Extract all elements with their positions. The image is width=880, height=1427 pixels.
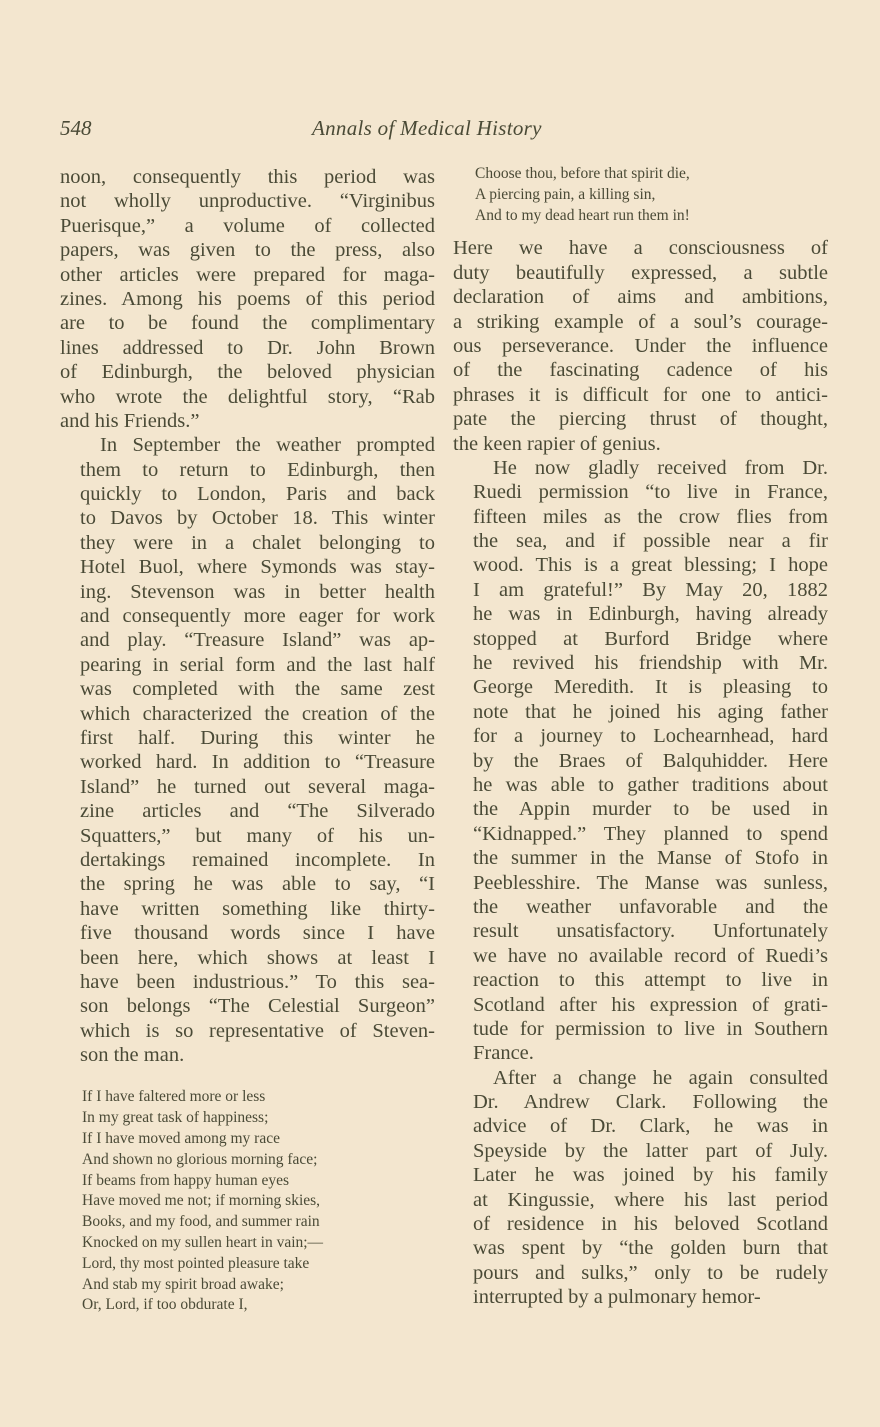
verse-line: If I have moved among my race: [82, 1129, 435, 1150]
text-line: interrupted by a pulmonary hemor-: [453, 1285, 828, 1309]
text-line: After a change he again consulted: [453, 1066, 828, 1090]
verse-line: If beams from happy human eyes: [82, 1171, 435, 1192]
poem-verse: Choose thou, before that spirit die,A pi…: [453, 164, 828, 226]
verse-line: If I have faltered more or less: [82, 1087, 435, 1108]
text-line: and consequently more eager for work: [60, 604, 435, 628]
text-line: lines addressed to Dr. John Brown: [60, 336, 435, 360]
text-line: dertakings remained incomplete. In: [60, 848, 435, 872]
text-line: which is so representative of Steven-: [60, 1019, 435, 1043]
text-line: Squatters,” but many of his un-: [60, 824, 435, 848]
text-line: pate the piercing thrust of thought,: [453, 407, 828, 431]
text-line: note that he joined his aging father: [453, 700, 828, 724]
text-line: reaction to this attempt to live in: [453, 968, 828, 992]
text-line: are to be found the complimentary: [60, 311, 435, 335]
text-line: I am grateful!” By May 20, 1882: [453, 578, 828, 602]
text-line: fifteen miles as the crow flies from: [453, 505, 828, 529]
text-line: Ruedi permission “to live in France,: [453, 480, 828, 504]
verse-line: Lord, thy most pointed pleasure take: [82, 1254, 435, 1275]
verse-line: And shown no glorious morning face;: [82, 1150, 435, 1171]
text-line: son belongs “The Celestial Surgeon”: [60, 994, 435, 1018]
text-line: stopped at Burford Bridge where: [453, 627, 828, 651]
text-line: Dr. Andrew Clark. Following the: [453, 1090, 828, 1114]
text-line: have written something like thirty-: [60, 897, 435, 921]
text-line: which characterized the creation of the: [60, 702, 435, 726]
text-line: zine articles and “The Silverado: [60, 799, 435, 823]
text-line: by the Braes of Balquhidder. Here: [453, 749, 828, 773]
text-line: for a journey to Lochearnhead, hard: [453, 724, 828, 748]
text-line: “Kidnapped.” They planned to spend: [453, 822, 828, 846]
text-line: declaration of aims and ambitions,: [453, 285, 828, 309]
verse-line: And to my dead heart run them in!: [475, 206, 828, 227]
text-line: them to return to Edinburgh, then: [60, 458, 435, 482]
text-line: result unsatisfactory. Unfortunately: [453, 919, 828, 943]
text-line: the sea, and if possible near a fir: [453, 529, 828, 553]
verse-line: And stab my spirit broad awake;: [82, 1275, 435, 1296]
text-line: France.: [453, 1041, 828, 1065]
right-column: Choose thou, before that spirit die,A pi…: [453, 164, 828, 1310]
text-line: he was able to gather traditions about: [453, 773, 828, 797]
text-line: pours and sulks,” only to be rudely: [453, 1261, 828, 1285]
text-line: Hotel Buol, where Symonds was stay-: [60, 555, 435, 579]
text-line: been here, which shows at least I: [60, 946, 435, 970]
text-line: and his Friends.”: [60, 409, 435, 433]
text-line: who wrote the delightful story, “Rab: [60, 385, 435, 409]
text-line: noon, consequently this period was: [60, 165, 435, 189]
text-line: a striking example of a soul’s courage-: [453, 310, 828, 334]
text-line: Here we have a consciousness of: [453, 236, 828, 260]
text-line: papers, was given to the press, also: [60, 238, 435, 262]
text-line: son the man.: [60, 1043, 435, 1067]
text-line: first half. During this winter he: [60, 726, 435, 750]
verse-line: Books, and my food, and summer rain: [82, 1212, 435, 1233]
text-line: In September the weather prompted: [60, 433, 435, 457]
text-line: of residence in his beloved Scotland: [453, 1212, 828, 1236]
text-line: other articles were prepared for maga-: [60, 263, 435, 287]
running-head: 548 Annals of Medical History: [60, 116, 820, 146]
text-line: and play. “Treasure Island” was ap-: [60, 628, 435, 652]
page-number: 548: [60, 116, 92, 141]
text-line: Speyside by the latter part of July.: [453, 1139, 828, 1163]
text-line: have been industrious.” To this sea-: [60, 970, 435, 994]
text-line: pearing in serial form and the last half: [60, 653, 435, 677]
text-line: ous perseverance. Under the influence: [453, 334, 828, 358]
poem-verse: If I have faltered more or lessIn my gre…: [60, 1087, 435, 1316]
text-line: zines. Among his poems of this period: [60, 287, 435, 311]
text-line: the keen rapier of genius.: [453, 432, 828, 456]
text-line: Puerisque,” a volume of collected: [60, 214, 435, 238]
text-line: the spring he was able to say, “I: [60, 872, 435, 896]
text-line: was completed with the same zest: [60, 677, 435, 701]
text-line: was spent by “the golden burn that: [453, 1236, 828, 1260]
text-line: at Kingussie, where his last period: [453, 1188, 828, 1212]
text-line: of Edinburgh, the beloved physician: [60, 360, 435, 384]
verse-line: Or, Lord, if too obdurate I,: [82, 1295, 435, 1316]
text-line: the Appin murder to be used in: [453, 797, 828, 821]
text-line: quickly to London, Paris and back: [60, 482, 435, 506]
text-line: He now gladly received from Dr.: [453, 456, 828, 480]
text-line: the weather unfavorable and the: [453, 895, 828, 919]
text-line: to Davos by October 18. This winter: [60, 506, 435, 530]
text-line: George Meredith. It is pleasing to: [453, 675, 828, 699]
left-column: noon, consequently this period wasnot wh…: [60, 165, 435, 1316]
text-line: Later he was joined by his family: [453, 1163, 828, 1187]
text-line: not wholly unproductive. “Virginibus: [60, 189, 435, 213]
verse-line: Knocked on my sullen heart in vain;—: [82, 1233, 435, 1254]
text-line: of the fascinating cadence of his: [453, 358, 828, 382]
verse-line: Choose thou, before that spirit die,: [475, 164, 828, 185]
paragraph: He now gladly received from Dr.Ruedi per…: [453, 456, 828, 1066]
text-line: the summer in the Manse of Stofo in: [453, 846, 828, 870]
verse-line: A piercing pain, a killing sin,: [475, 185, 828, 206]
text-line: tude for permission to live in Southern: [453, 1017, 828, 1041]
paragraph: In September the weather promptedthem to…: [60, 433, 435, 1067]
verse-line: Have moved me not; if morning skies,: [82, 1191, 435, 1212]
text-line: duty beautifully expressed, a subtle: [453, 261, 828, 285]
text-line: five thousand words since I have: [60, 921, 435, 945]
book-page: 548 Annals of Medical History noon, cons…: [0, 0, 880, 1427]
text-line: Scotland after his expression of grati-: [453, 993, 828, 1017]
text-line: he was in Edinburgh, having already: [453, 602, 828, 626]
text-line: Peeblesshire. The Manse was sunless,: [453, 871, 828, 895]
text-line: they were in a chalet belonging to: [60, 531, 435, 555]
text-line: worked hard. In addition to “Treasure: [60, 750, 435, 774]
paragraph: noon, consequently this period wasnot wh…: [60, 165, 435, 433]
text-line: advice of Dr. Clark, he was in: [453, 1114, 828, 1138]
paragraph: After a change he again consultedDr. And…: [453, 1066, 828, 1310]
paragraph: Here we have a consciousness ofduty beau…: [453, 236, 828, 456]
text-line: we have no available record of Ruedi’s: [453, 944, 828, 968]
journal-title: Annals of Medical History: [312, 116, 542, 141]
verse-line: In my great task of happiness;: [82, 1108, 435, 1129]
text-line: he revived his friendship with Mr.: [453, 651, 828, 675]
text-line: phrases it is difficult for one to antic…: [453, 383, 828, 407]
text-line: Island” he turned out several maga-: [60, 775, 435, 799]
text-line: ing. Stevenson was in better health: [60, 580, 435, 604]
text-line: wood. This is a great blessing; I hope: [453, 553, 828, 577]
